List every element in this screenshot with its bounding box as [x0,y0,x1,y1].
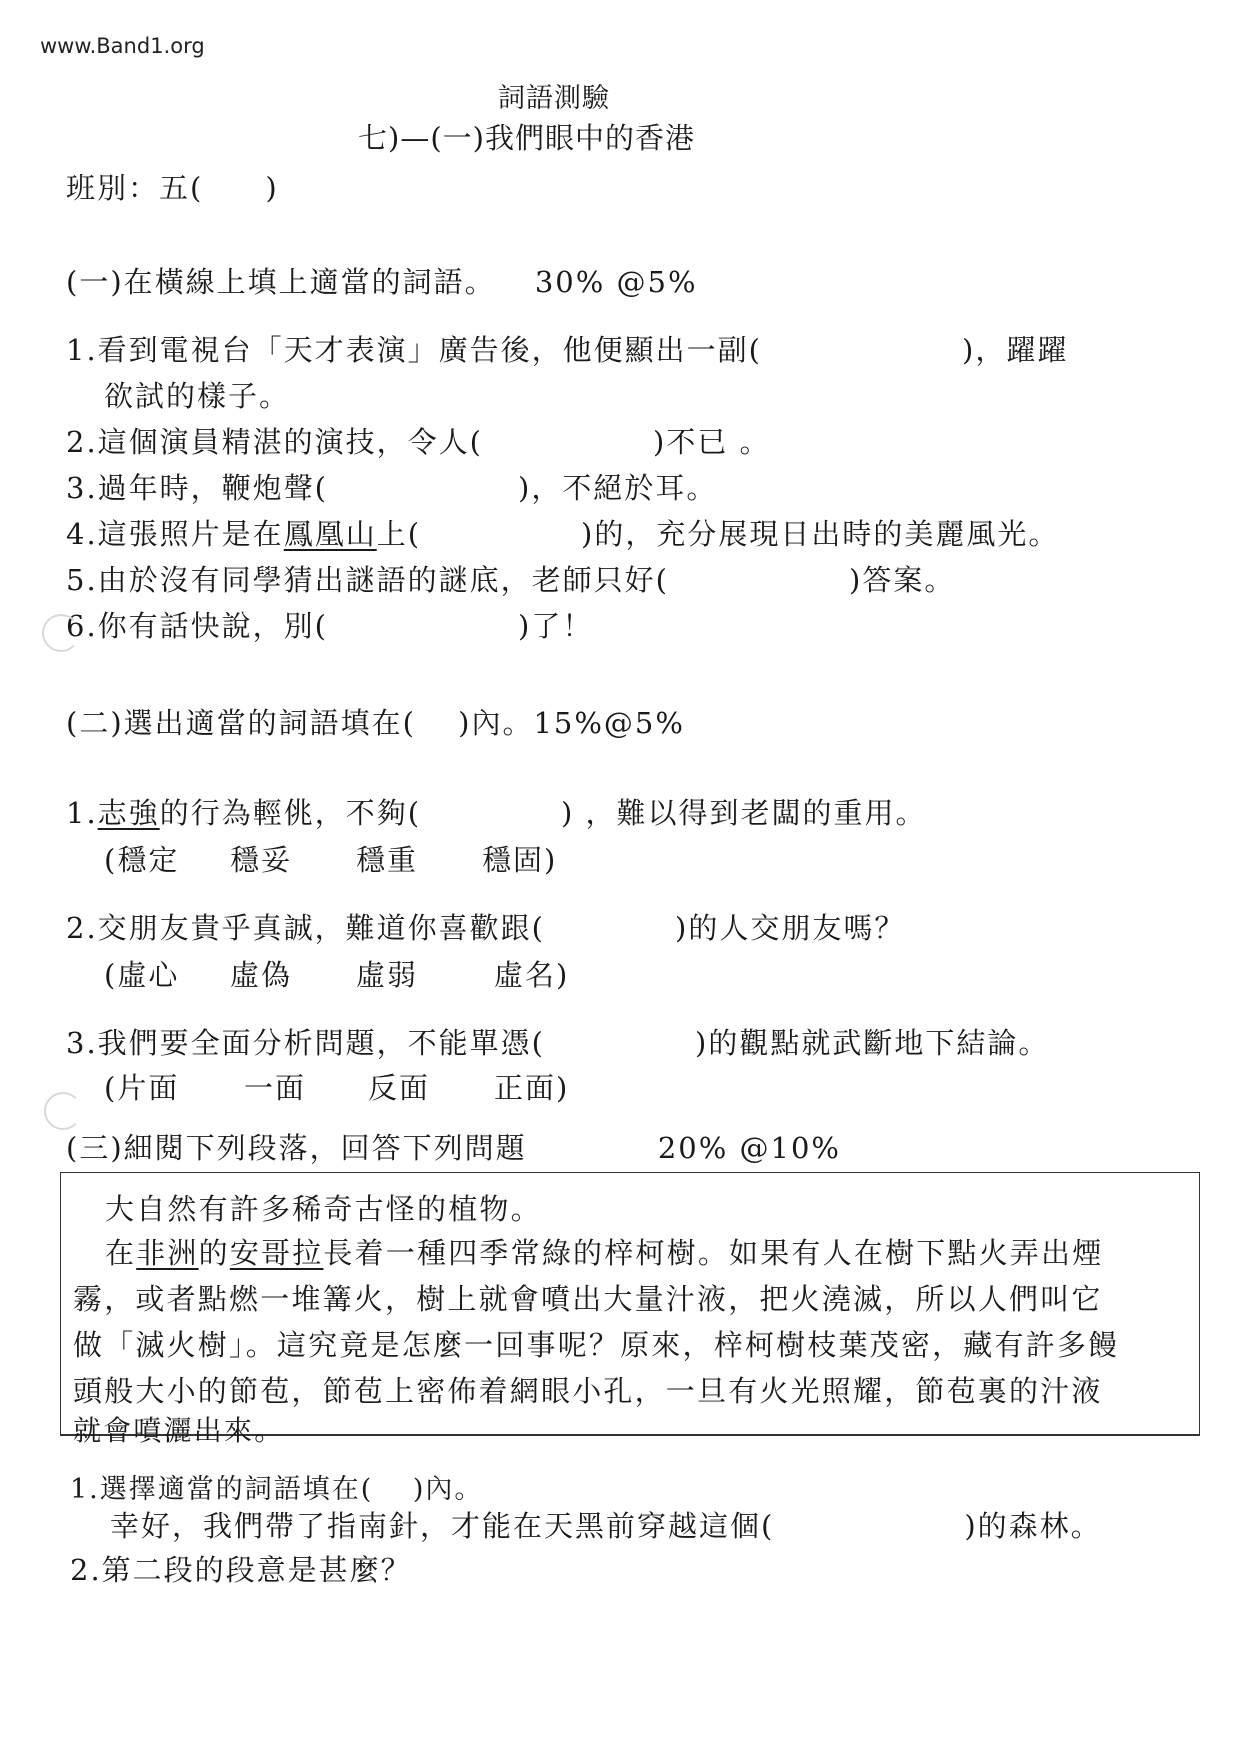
option[interactable]: 正面) [494,1074,569,1103]
question-text: )答案。 [849,563,955,597]
question-text: 這個演員精湛的演技，令人( [98,425,483,459]
s2-question-3-options: (片面一面反面正面) [104,1074,569,1103]
question-number: 1. [66,796,98,830]
passage-text: 長着一種四季常綠的梓柯樹。如果有人在樹下點火弄出煙 [323,1236,1103,1270]
passage-line-1: 大自然有許多稀奇古怪的植物。 [105,1187,542,1228]
option[interactable]: 穩固) [482,846,557,875]
class-field[interactable]: 班別：五( ) [66,174,279,203]
option[interactable]: 虛名) [494,961,569,990]
question-number: 2. [70,1553,102,1587]
question-number: 2. [66,911,98,945]
s1-question-1: 1.看到電視台「天才表演」廣告後，他便顯出一副()，躍躍 [66,336,1068,365]
option[interactable]: (片面 [104,1074,244,1103]
page-subtitle: 七)—(一)我們眼中的香港 [358,116,695,157]
option[interactable]: (穩定 [104,846,230,875]
question-text: 的行為輕佻，不夠( [160,796,421,830]
question-number: 3. [66,1026,98,1060]
s1-question-3: 3.過年時，鞭炮聲()，不絕於耳。 [66,474,717,503]
question-text: 第二段的段意是甚麼？ [102,1553,412,1587]
proper-noun: 志強 [98,796,160,830]
option[interactable]: 一面 [244,1074,368,1103]
section3-heading-text: (三)細閱下列段落，回答下列問題 [66,1131,527,1165]
section1-score: 30% @5% [535,265,698,299]
passage-text: 的 [199,1236,230,1270]
question-text: 過年時，鞭炮聲( [98,471,328,505]
s2-question-2: 2.交朋友貴乎真誠，難道你喜歡跟()的人交朋友嗎？ [66,914,905,943]
question-text: 上( [377,517,421,551]
option[interactable]: 穩妥 [230,846,356,875]
s3-question-1: 1.選擇適當的詞語填在( )內。 [70,1476,483,1503]
question-number: 1. [70,1474,100,1505]
proper-noun: 鳳凰山 [284,517,377,551]
question-text: 交朋友貴乎真誠，難道你喜歡跟( [98,911,545,945]
question-text: 我們要全面分析問題，不能單憑( [98,1026,545,1060]
site-watermark: www.Band1.org [40,34,205,58]
question-number: 5. [66,563,98,597]
s1-question-5: 5.由於沒有同學猜出謎語的謎底，老師只好()答案。 [66,566,955,595]
question-number: 3. [66,471,98,505]
option[interactable]: 虛弱 [356,961,494,990]
question-text: )的，充分展現日出時的美麗風光。 [581,517,1059,551]
reading-passage-box: 大自然有許多稀奇古怪的植物。 在非洲的安哥拉長着一種四季常綠的梓柯樹。如果有人在… [60,1172,1200,1436]
question-number: 1. [66,333,98,367]
s3-question-2: 2.第二段的段意是甚麼？ [70,1556,412,1585]
section3-score: 20% @10% [658,1131,841,1165]
passage-text: 在 [105,1236,136,1270]
option[interactable]: 反面 [368,1074,494,1103]
question-text: 幸好，我們帶了指南針，才能在天黑前穿越這個( [110,1509,774,1543]
proper-noun: 安哥拉 [230,1236,324,1270]
question-text: )不已 。 [653,425,771,459]
section1-heading: (一)在橫線上填上適當的詞語。 30% @5% [66,268,698,297]
passage-line-5: 頭般大小的節苞，節苞上密佈着網眼小孔，一旦有火光照耀，節苞裏的汁液 [73,1369,1103,1410]
s1-question-6: 6.你有話快說，別()了！ [66,612,593,641]
question-text: 選擇適當的詞語填在( )內。 [100,1474,484,1505]
s2-question-1: 1.志強的行為輕佻，不夠() ，難以得到老闆的重用。 [66,799,927,828]
s2-question-3: 3.我們要全面分析問題，不能單憑()的觀點就武斷地下結論。 [66,1029,1049,1058]
question-text: 你有話快說，別( [98,609,328,643]
question-text: )了！ [518,609,593,643]
section2-heading: (二)選出適當的詞語填在( )內。15%@5% [66,709,685,738]
question-text: ) ，難以得到老闆的重用。 [561,796,927,830]
question-text: )，不絕於耳。 [518,471,717,505]
s1-question-1-line2: 欲試的樣子。 [104,382,290,411]
section3-heading: (三)細閱下列段落，回答下列問題 20% @10% [66,1134,841,1163]
passage-line-6: 就會噴灑出來。 [73,1409,284,1449]
section1-heading-text: (一)在橫線上填上適當的詞語。 [66,265,496,299]
punch-hole-icon [42,614,80,652]
s2-question-1-options: (穩定穩妥穩重穩固) [104,846,557,875]
question-text: )的觀點就武斷地下結論。 [695,1026,1049,1060]
question-text: 這張照片是在 [98,517,284,551]
s2-question-2-options: (虛心虛偽虛弱虛名) [104,961,569,990]
punch-hole-icon [44,1092,82,1130]
question-text: 看到電視台「天才表演」廣告後，他便顯出一副( [98,333,762,367]
proper-noun: 非洲 [136,1236,198,1270]
passage-line-4: 做「滅火樹」。這究竟是怎麼一回事呢？原來，梓柯樹枝葉茂密，藏有許多饅 [73,1323,1119,1364]
question-number: 2. [66,425,98,459]
passage-line-3: 霧，或者點燃一堆篝火，樹上就會噴出大量汁液，把火澆滅，所以人們叫它 [73,1277,1103,1318]
s1-question-4: 4.這張照片是在鳳凰山上()的，充分展現日出時的美麗風光。 [66,520,1059,549]
page-title: 詞語測驗 [498,76,610,115]
passage-line-2: 在非洲的安哥拉長着一種四季常綠的梓柯樹。如果有人在樹下點火弄出煙 [105,1231,1103,1272]
option[interactable]: (虛心 [104,961,230,990]
question-text: )的人交朋友嗎？ [675,911,905,945]
option[interactable]: 虛偽 [230,961,356,990]
question-text: 由於沒有同學猜出謎語的謎底，老師只好( [98,563,669,597]
question-text: )的森林。 [964,1509,1101,1543]
s1-question-2: 2.這個演員精湛的演技，令人()不已 。 [66,428,771,457]
s3-question-1-sentence: 幸好，我們帶了指南針，才能在天黑前穿越這個()的森林。 [110,1512,1102,1541]
question-number: 4. [66,517,98,551]
question-text: )，躍躍 [962,333,1068,367]
option[interactable]: 穩重 [356,846,482,875]
